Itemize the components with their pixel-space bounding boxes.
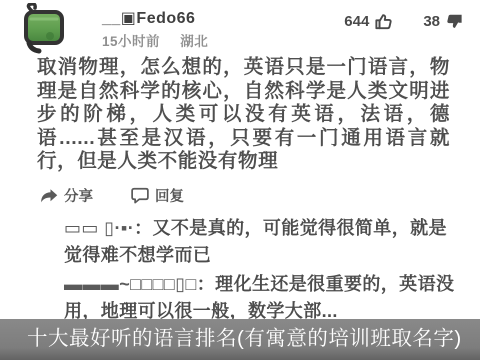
- thumbs-down-icon: [445, 12, 464, 31]
- comment-username: ▭▭ ▯·▪·: [64, 218, 134, 238]
- avatar-image: [19, 3, 67, 55]
- dislike-count: 38: [423, 13, 440, 30]
- post-location: 湖北: [180, 34, 208, 49]
- reply-label: 回复: [155, 185, 184, 206]
- username[interactable]: __▣Fedo66: [102, 8, 195, 28]
- thumbs-up-icon: [374, 12, 393, 31]
- reply-button[interactable]: 回复: [131, 185, 184, 206]
- caption-bar: 十大最好听的语言排名(有寓意的培训班取名字): [0, 319, 480, 360]
- post-body-text: 取消物理，怎么想的，英语只是一门语言，物理是自然科学的核心，自然科学是人类文明进…: [37, 56, 450, 174]
- like-button[interactable]: 644: [344, 12, 393, 31]
- comment-username: ▬▬▬~□□□□▯□: [64, 274, 197, 294]
- dislike-button[interactable]: 38: [423, 12, 464, 31]
- avatar[interactable]: [19, 3, 67, 55]
- like-count: 644: [344, 13, 369, 30]
- speech-bubble-icon: [131, 187, 149, 204]
- share-label: 分享: [64, 185, 93, 206]
- post-time: 15小时前: [102, 34, 160, 49]
- action-row: 分享 回复: [40, 185, 184, 206]
- comments-section: ▭▭ ▯·▪·：又不是真的，可能觉得很简单，就是觉得难不想学而已 ▬▬▬~□□□…: [64, 215, 458, 327]
- share-icon: [40, 188, 58, 204]
- comment-item[interactable]: ▭▭ ▯·▪·：又不是真的，可能觉得很简单，就是觉得难不想学而已: [64, 215, 458, 268]
- post-stats: 644 38: [344, 12, 464, 31]
- post-screen: __▣Fedo66 15小时前 湖北 644 38 取消物理，怎么想的，英语只是…: [0, 0, 480, 360]
- share-button[interactable]: 分享: [40, 185, 93, 206]
- comment-item[interactable]: ▬▬▬~□□□□▯□：理化生还是很重要的，英语没用，地理可以很一般，数学大部..…: [64, 271, 458, 324]
- post-meta: 15小时前 湖北: [102, 30, 224, 50]
